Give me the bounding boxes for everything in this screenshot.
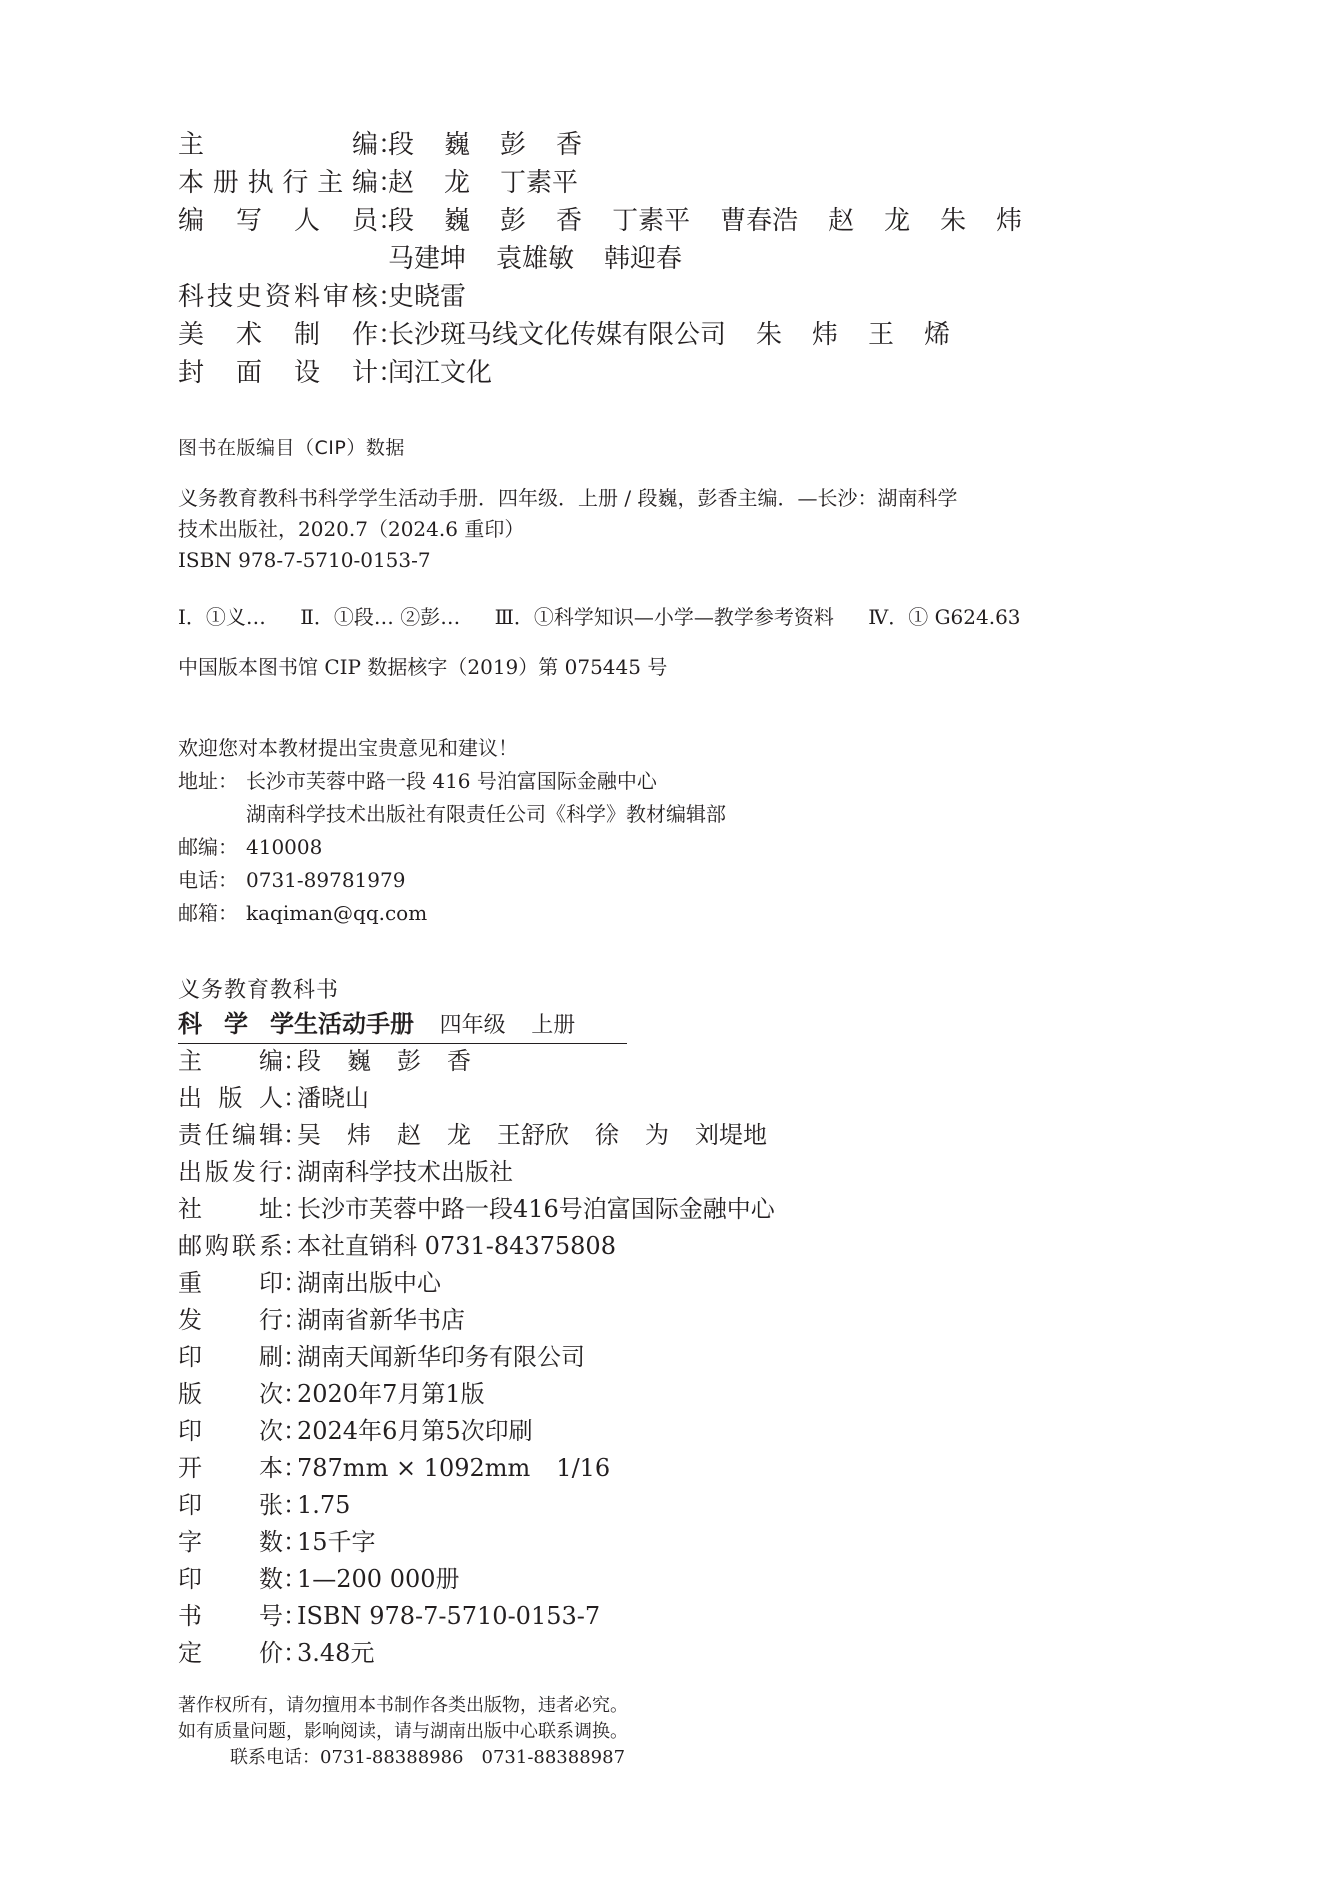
book-title: 科学学生活动手册 四年级 上册 <box>178 1004 627 1044</box>
row-value: 1—200 000册 <box>297 1561 486 1598</box>
label-colon: ： <box>283 1117 297 1154</box>
label-colon: ： <box>283 1561 297 1598</box>
row-value: 本社直销科 0731-84375808 <box>297 1228 642 1265</box>
row-label: 印张 <box>178 1487 283 1524</box>
cip-record-number: 中国版本图书馆 CIP 数据核字（2019）第 075445 号 <box>178 651 667 680</box>
label-char: 重 <box>178 1265 202 1302</box>
label-colon: ： <box>283 1043 297 1080</box>
value-item: 彭 <box>500 206 526 236</box>
label-char: 印 <box>178 1413 202 1450</box>
label-char: 行 <box>259 1302 283 1339</box>
value-item: 王舒欣 <box>497 1121 569 1149</box>
row-value: 湖南天闻新华印务有限公司 <box>297 1339 611 1376</box>
label-char: 次 <box>259 1376 283 1413</box>
label-char: 设 <box>294 354 320 392</box>
quality-notice: 如有质量问题，影响阅读，请与湖南出版中心联系调换。 <box>178 1719 628 1745</box>
value-item: 1.75 <box>297 1491 350 1519</box>
label-char: 本 <box>178 164 204 202</box>
label-char: 出 <box>178 1080 202 1117</box>
info-row: 开本：787mm × 1092mm1/16 <box>178 1450 801 1487</box>
value-item: 巍 <box>347 1047 371 1075</box>
value-item: 段 <box>388 206 414 236</box>
value-item: 2020年7月第1版 <box>297 1380 485 1408</box>
label-char: 定 <box>178 1635 202 1672</box>
value-item: 烯 <box>924 320 950 350</box>
address-line-2: 湖南科学技术出版社有限责任公司《科学》教材编辑部 <box>178 798 726 831</box>
value-item: 长沙市芙蓉中路一段416号泊富国际金融中心 <box>297 1195 775 1223</box>
label-char: 发 <box>178 1302 202 1339</box>
info-row: 定价：3.48元 <box>178 1635 801 1672</box>
value-item: 炜 <box>996 206 1022 236</box>
label-char: 社 <box>178 1191 202 1228</box>
value-item: 湖南省新华书店 <box>297 1306 465 1334</box>
cip-class-3: Ⅲ．①科学知识—小学—教学参考资料 <box>495 605 834 629</box>
row-label: 本册执行主编 <box>178 164 378 202</box>
row-value: 史晓雷 <box>388 278 496 316</box>
info-row: 字数：15千字 <box>178 1524 801 1561</box>
row-label: 美术制作 <box>178 316 378 354</box>
info-row: 印刷：湖南天闻新华印务有限公司 <box>178 1339 801 1376</box>
info-row: 印数：1—200 000册 <box>178 1561 801 1598</box>
info-row: 发行：湖南省新华书店 <box>178 1302 801 1339</box>
row-label: 定价 <box>178 1635 283 1672</box>
cip-line-2: 技术出版社，2020.7（2024.6 重印） <box>178 514 957 545</box>
label-char: 次 <box>259 1413 283 1450</box>
label-colon: ： <box>378 164 388 202</box>
title-grade: 四年级 <box>440 1013 506 1038</box>
label-char: 印 <box>178 1487 202 1524</box>
label-colon: ： <box>283 1191 297 1228</box>
row-label: 责任编辑 <box>178 1117 283 1154</box>
phone-label: 电话： <box>178 864 246 897</box>
label-colon: ： <box>283 1265 297 1302</box>
info-row: 社址：长沙市芙蓉中路一段416号泊富国际金融中心 <box>178 1191 801 1228</box>
cip-title: 图书在版编目（CIP）数据 <box>178 433 405 460</box>
label-char: 主 <box>178 126 204 164</box>
row-value: 3.48元 <box>297 1635 400 1672</box>
label-char: 行 <box>282 164 308 202</box>
label-char: 购 <box>205 1228 229 1265</box>
value-item: 香 <box>447 1047 471 1075</box>
postcode-label: 邮编： <box>178 831 246 864</box>
postcode-value: 410008 <box>246 831 322 864</box>
cip-class-2: Ⅱ．①段… ②彭… <box>300 605 460 629</box>
feedback-block: 欢迎您对本教材提出宝贵意见和建议！ 地址： 长沙市芙蓉中路一段 416 号泊富国… <box>178 732 726 930</box>
label-char: 科 <box>178 278 204 316</box>
label-colon: ： <box>283 1635 297 1672</box>
label-colon: ： <box>378 278 388 316</box>
value-item: 潘晓山 <box>297 1084 369 1112</box>
label-char: 编 <box>259 1043 283 1080</box>
info-row: 主编：段巍彭香 <box>178 1043 801 1080</box>
label-char: 任 <box>205 1117 229 1154</box>
contact-phones: 联系电话：0731-88388986 0731-88388987 <box>178 1745 628 1771</box>
row-value: 2024年6月第5次印刷 <box>297 1413 559 1450</box>
label-colon: ： <box>378 316 388 354</box>
value-item: 湖南出版中心 <box>297 1269 441 1297</box>
email-value[interactable]: kaqiman@qq.com <box>246 897 427 930</box>
value-item: ISBN 978-7-5710-0153-7 <box>297 1602 600 1630</box>
label-colon: ： <box>378 202 388 240</box>
info-row: 责任编辑：吴炜赵龙王舒欣徐为刘堤地 <box>178 1117 801 1154</box>
label-char: 数 <box>259 1524 283 1561</box>
value-item: 史晓雷 <box>388 282 466 312</box>
row-value: 段巍彭香 <box>388 126 612 164</box>
row-value: 吴炜赵龙王舒欣徐为刘堤地 <box>297 1117 793 1154</box>
value-item: 2024年6月第5次印刷 <box>297 1417 533 1445</box>
value-item: 赵 <box>828 206 854 236</box>
label-char: 史 <box>236 278 262 316</box>
info-row: 重印：湖南出版中心 <box>178 1265 801 1302</box>
value-item: 炜 <box>812 320 838 350</box>
label-char: 价 <box>259 1635 283 1672</box>
label-char: 本 <box>259 1450 283 1487</box>
row-value: 2020年7月第1版 <box>297 1376 511 1413</box>
label-char: 邮 <box>178 1228 202 1265</box>
label-colon: ： <box>283 1302 297 1339</box>
label-char: 印 <box>178 1561 202 1598</box>
row-value: 787mm × 1092mm1/16 <box>297 1450 636 1487</box>
row-label: 重印 <box>178 1265 283 1302</box>
value-item: 香 <box>556 206 582 236</box>
row-label: 编写人员 <box>178 202 378 240</box>
info-row: 马建坤袁雄敏韩迎春 <box>178 240 1052 278</box>
info-row: 印次：2024年6月第5次印刷 <box>178 1413 801 1450</box>
feedback-postcode: 邮编： 410008 <box>178 831 726 864</box>
row-label: 社址 <box>178 1191 283 1228</box>
info-row: 出版人：潘晓山 <box>178 1080 801 1117</box>
footer-notice: 著作权所有，请勿擅用本书制作各类出版物，违者必究。 如有质量问题，影响阅读，请与… <box>178 1693 628 1771</box>
value-item: 丁素平 <box>612 206 690 236</box>
info-row: 科技史资料审核：史晓雷 <box>178 278 1052 316</box>
label-colon: ： <box>283 1487 297 1524</box>
value-item: 1/16 <box>556 1454 610 1482</box>
value-item: 徐 <box>595 1121 619 1149</box>
value-item: 本社直销科 0731-84375808 <box>297 1232 616 1260</box>
label-colon: ： <box>283 1080 297 1117</box>
info-row: 美术制作：长沙斑马线文化传媒有限公司朱炜王烯 <box>178 316 1052 354</box>
value-item: 彭 <box>500 130 526 160</box>
value-item: 龙 <box>884 206 910 236</box>
value-item: 刘堤地 <box>695 1121 767 1149</box>
label-char: 面 <box>236 354 262 392</box>
value-item: 朱 <box>756 320 782 350</box>
value-item: 彭 <box>397 1047 421 1075</box>
label-char: 号 <box>259 1598 283 1635</box>
info-row: 出版发行：湖南科学技术出版社 <box>178 1154 801 1191</box>
value-item: 段 <box>297 1047 321 1075</box>
title-volume: 上册 <box>531 1013 575 1038</box>
info-row: 主编：段巍彭香 <box>178 126 1052 164</box>
value-item: 湖南天闻新华印务有限公司 <box>297 1343 585 1371</box>
row-value: 长沙市芙蓉中路一段416号泊富国际金融中心 <box>297 1191 801 1228</box>
label-char: 审 <box>323 278 349 316</box>
series-name: 义务教育教科书 <box>178 973 339 1004</box>
value-item: 韩迎春 <box>604 244 682 274</box>
row-value: ISBN 978-7-5710-0153-7 <box>297 1598 626 1635</box>
cip-classification: Ⅰ．①义… Ⅱ．①段… ②彭… Ⅲ．①科学知识—小学—教学参考资料 Ⅳ．① G6… <box>178 601 1021 630</box>
value-item: 朱 <box>940 206 966 236</box>
row-label: 印次 <box>178 1413 283 1450</box>
label-char: 封 <box>178 354 204 392</box>
label-char: 出 <box>178 1154 202 1191</box>
row-label: 出版人 <box>178 1080 283 1117</box>
label-char: 发 <box>232 1154 256 1191</box>
value-item: 段 <box>388 130 414 160</box>
value-item: 龙 <box>444 168 470 198</box>
label-char: 书 <box>178 1598 202 1635</box>
label-char: 执 <box>248 164 274 202</box>
value-item: 赵 <box>397 1121 421 1149</box>
label-char: 人 <box>294 202 320 240</box>
row-value: 潘晓山 <box>297 1080 395 1117</box>
value-item: 巍 <box>444 206 470 236</box>
label-colon: ： <box>283 1413 297 1450</box>
value-item: 曹春浩 <box>720 206 798 236</box>
feedback-email: 邮箱： kaqiman@qq.com <box>178 897 726 930</box>
label-char: 编 <box>352 126 378 164</box>
label-char: 作 <box>352 316 378 354</box>
feedback-welcome: 欢迎您对本教材提出宝贵意见和建议！ <box>178 732 726 765</box>
value-item: 15千字 <box>297 1528 376 1556</box>
row-value: 段巍彭香丁素平曹春浩赵龙朱炜 <box>388 202 1052 240</box>
label-colon: ： <box>283 1598 297 1635</box>
value-item: 王 <box>868 320 894 350</box>
label-colon: ： <box>283 1376 297 1413</box>
label-char: 资 <box>265 278 291 316</box>
copyright-notice: 著作权所有，请勿擅用本书制作各类出版物，违者必究。 <box>178 1693 628 1719</box>
value-item: 787mm × 1092mm <box>297 1454 530 1482</box>
value-item: 1—200 000册 <box>297 1565 460 1593</box>
info-row: 本册执行主编：赵龙丁素平 <box>178 164 1052 202</box>
label-char: 版 <box>205 1154 229 1191</box>
row-label: 科技史资料审核 <box>178 278 378 316</box>
label-char: 行 <box>259 1154 283 1191</box>
label-char: 计 <box>352 354 378 392</box>
feedback-phone: 电话： 0731-89781979 <box>178 864 726 897</box>
value-item: 闰江文化 <box>388 358 492 388</box>
cip-line-1: 义务教育教科书科学学生活动手册．四年级．上册 / 段巍，彭香主编．—长沙：湖南科… <box>178 483 957 514</box>
label-colon: ： <box>283 1339 297 1376</box>
colophon-block: 主编：段巍彭香出版人：潘晓山责任编辑：吴炜赵龙王舒欣徐为刘堤地出版发行：湖南科学… <box>178 1043 801 1672</box>
row-value: 1.75 <box>297 1487 376 1524</box>
row-value: 湖南科学技术出版社 <box>297 1154 539 1191</box>
cip-class-1: Ⅰ．①义… <box>178 605 266 629</box>
info-row: 印张：1.75 <box>178 1487 801 1524</box>
row-label: 出版发行 <box>178 1154 283 1191</box>
value-item: 湖南科学技术出版社 <box>297 1158 513 1186</box>
value-item: 香 <box>556 130 582 160</box>
row-label: 版次 <box>178 1376 283 1413</box>
address-label: 地址： <box>178 765 246 798</box>
info-row: 邮购联系：本社直销科 0731-84375808 <box>178 1228 801 1265</box>
cip-isbn: ISBN 978-7-5710-0153-7 <box>178 545 957 576</box>
title-subject-1: 科 <box>178 1010 202 1038</box>
row-label: 封面设计 <box>178 354 378 392</box>
label-char: 数 <box>259 1561 283 1598</box>
cip-record: 义务教育教科书科学学生活动手册．四年级．上册 / 段巍，彭香主编．—长沙：湖南科… <box>178 483 957 576</box>
label-char: 写 <box>236 202 262 240</box>
email-label: 邮箱： <box>178 897 246 930</box>
row-value: 湖南出版中心 <box>297 1265 467 1302</box>
label-char: 制 <box>294 316 320 354</box>
row-value: 长沙斑马线文化传媒有限公司朱炜王烯 <box>388 316 980 354</box>
label-char: 编 <box>352 164 378 202</box>
value-item: 丁素平 <box>500 168 578 198</box>
label-char: 张 <box>259 1487 283 1524</box>
value-item: 炜 <box>347 1121 371 1149</box>
row-label: 印数 <box>178 1561 283 1598</box>
label-char: 版 <box>178 1376 202 1413</box>
label-char: 主 <box>317 164 343 202</box>
label-char: 系 <box>259 1228 283 1265</box>
value-item: 3.48元 <box>297 1639 374 1667</box>
row-value: 马建坤袁雄敏韩迎春 <box>388 240 712 278</box>
label-char: 人 <box>259 1080 283 1117</box>
label-char: 料 <box>294 278 320 316</box>
title-subject-2: 学 <box>224 1010 248 1038</box>
label-char: 刷 <box>259 1339 283 1376</box>
row-label: 印刷 <box>178 1339 283 1376</box>
label-colon: ： <box>283 1154 297 1191</box>
label-char: 辑 <box>259 1117 283 1154</box>
label-colon: ： <box>283 1228 297 1265</box>
row-value: 湖南省新华书店 <box>297 1302 491 1339</box>
row-label: 开本 <box>178 1450 283 1487</box>
info-row: 封面设计：闰江文化 <box>178 354 1052 392</box>
row-label: 主编 <box>178 126 378 164</box>
label-colon: ： <box>283 1524 297 1561</box>
value-item: 巍 <box>444 130 470 160</box>
label-char: 版 <box>219 1080 243 1117</box>
label-char: 联 <box>232 1228 256 1265</box>
label-char: 印 <box>259 1265 283 1302</box>
label-char: 主 <box>178 1043 202 1080</box>
row-label: 邮购联系 <box>178 1228 283 1265</box>
value-item: 赵 <box>388 168 414 198</box>
row-label: 书号 <box>178 1598 283 1635</box>
info-row: 书号：ISBN 978-7-5710-0153-7 <box>178 1598 801 1635</box>
phone-value: 0731-89781979 <box>246 864 405 897</box>
row-label: 字数 <box>178 1524 283 1561</box>
row-label: 发行 <box>178 1302 283 1339</box>
label-char: 责 <box>178 1117 202 1154</box>
title-book-name: 学生活动手册 <box>270 1010 414 1038</box>
label-char: 术 <box>236 316 262 354</box>
label-colon: ： <box>378 354 388 392</box>
row-value: 15千字 <box>297 1524 402 1561</box>
value-item: 马建坤 <box>388 244 466 274</box>
credits-block: 主编：段巍彭香本册执行主编：赵龙丁素平编写人员：段巍彭香丁素平曹春浩赵龙朱炜马建… <box>178 126 1052 392</box>
row-value: 段巍彭香 <box>297 1043 497 1080</box>
label-char: 编 <box>232 1117 256 1154</box>
value-item: 为 <box>645 1121 669 1149</box>
label-char: 址 <box>259 1191 283 1228</box>
value-item: 袁雄敏 <box>496 244 574 274</box>
row-value: 赵龙丁素平 <box>388 164 608 202</box>
label-char: 技 <box>207 278 233 316</box>
row-label: 主编 <box>178 1043 283 1080</box>
cip-class-4: Ⅳ．① G624.63 <box>868 605 1020 629</box>
row-value: 闰江文化 <box>388 354 522 392</box>
label-char: 美 <box>178 316 204 354</box>
label-char: 核 <box>352 278 378 316</box>
label-colon: ： <box>378 126 388 164</box>
label-char: 印 <box>178 1339 202 1376</box>
value-item: 长沙斑马线文化传媒有限公司 <box>388 320 726 350</box>
feedback-address: 地址： 长沙市芙蓉中路一段 416 号泊富国际金融中心 <box>178 765 726 798</box>
label-char: 册 <box>213 164 239 202</box>
label-char: 字 <box>178 1524 202 1561</box>
info-row: 版次：2020年7月第1版 <box>178 1376 801 1413</box>
label-char: 编 <box>178 202 204 240</box>
label-colon: ： <box>283 1450 297 1487</box>
label-char: 开 <box>178 1450 202 1487</box>
value-item: 龙 <box>447 1121 471 1149</box>
label-char: 员 <box>352 202 378 240</box>
value-item: 吴 <box>297 1121 321 1149</box>
info-row: 编写人员：段巍彭香丁素平曹春浩赵龙朱炜 <box>178 202 1052 240</box>
address-line-1: 长沙市芙蓉中路一段 416 号泊富国际金融中心 <box>246 765 657 798</box>
